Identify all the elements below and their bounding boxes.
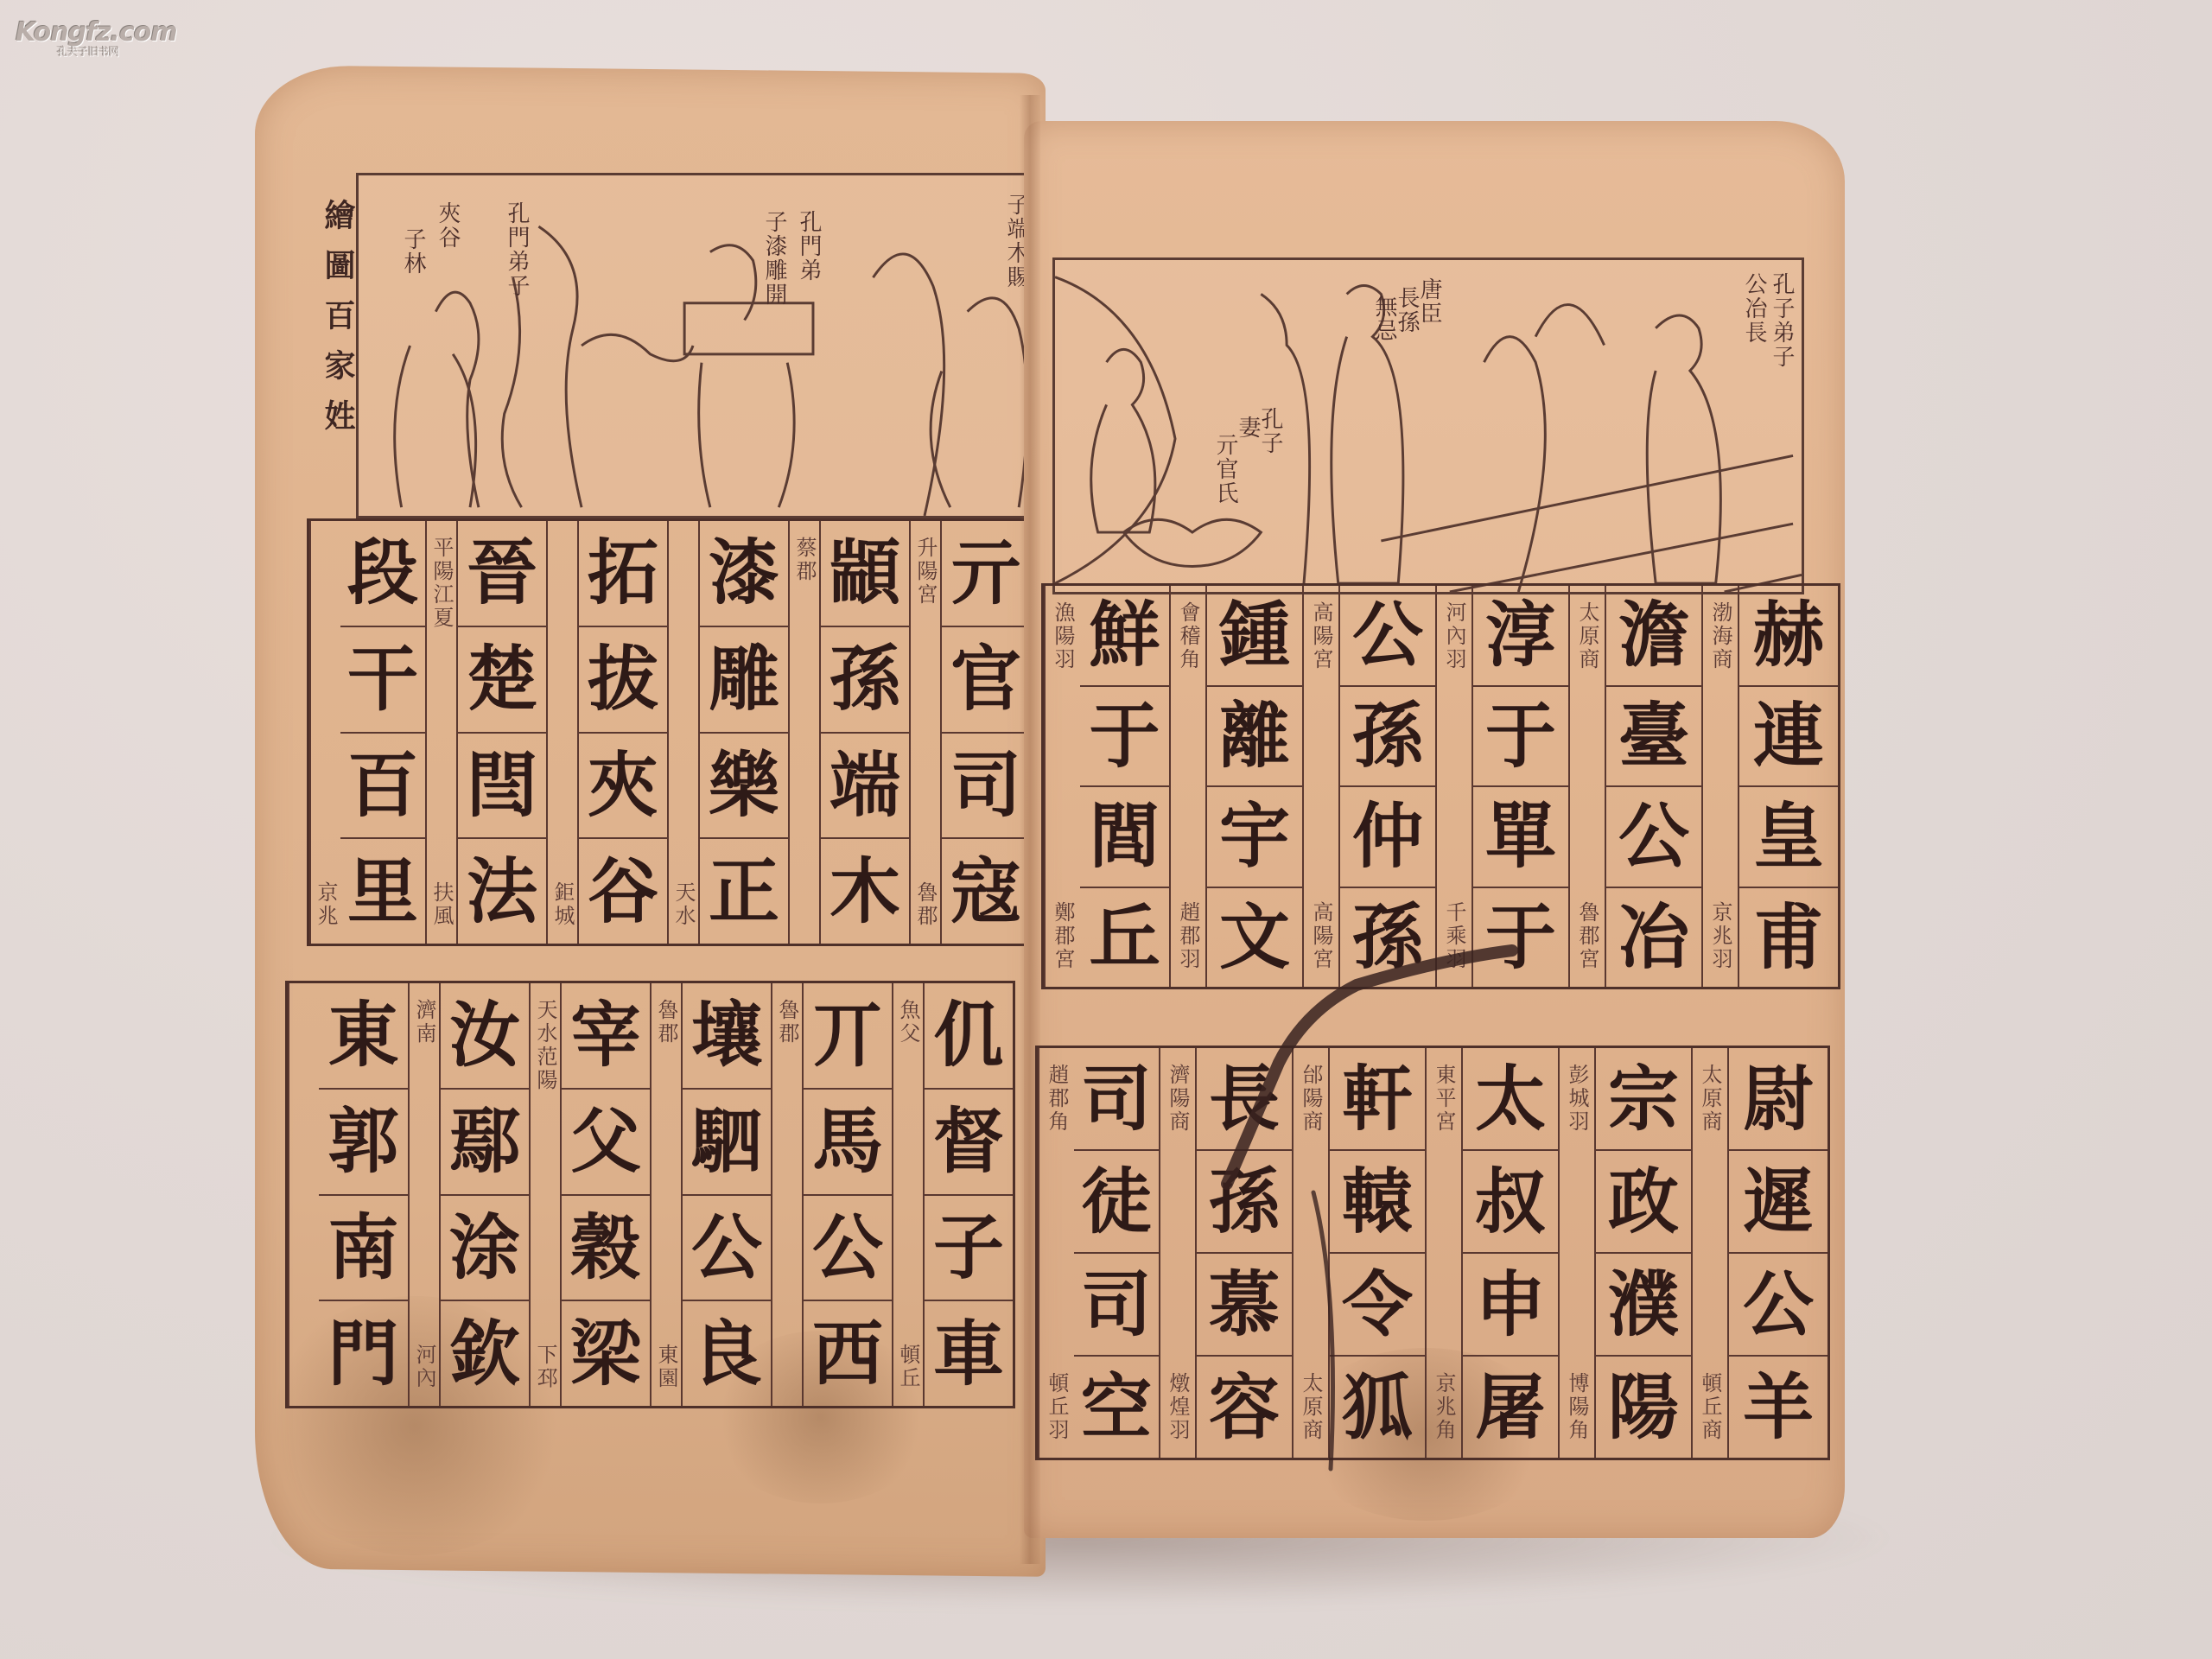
- origin-annotation: 頓丘羽: [1046, 1372, 1067, 1442]
- surname-char: 里: [340, 839, 425, 944]
- surname-column: 軒 轅 令 狐 邰陽商 太原商: [1292, 1048, 1425, 1458]
- surname-char: 漆: [700, 521, 788, 627]
- illustration-caption: 長孫: [1395, 286, 1418, 334]
- origin-annotation: 頓丘: [898, 1344, 918, 1390]
- origin-annotation: 太原商: [1700, 1064, 1720, 1134]
- surname-column: 丌 馬 公 西 魯郡: [771, 983, 892, 1406]
- surname-char: 父: [562, 1090, 650, 1196]
- surname-char: 公: [1606, 787, 1701, 888]
- surname-char: 長: [1197, 1048, 1292, 1151]
- surname-char: 宰: [562, 983, 650, 1090]
- surname-column: 太 叔 申 屠 東平宮 京兆角: [1425, 1048, 1558, 1458]
- origin-annotation: 魯郡: [915, 881, 936, 928]
- right-illustration: 孔子弟子 公冶長 唐臣 長孫 無忌 孔子 妻 亓官氏: [1052, 257, 1804, 594]
- surname-column: 尉 遲 公 羊 太原商 頓丘商: [1691, 1048, 1827, 1458]
- illustration-caption: 夾谷: [436, 201, 459, 250]
- surname-column: 赫 連 皇 甫 渤海商 京兆羽: [1701, 586, 1838, 987]
- surname-char: 遲: [1729, 1151, 1827, 1254]
- origin-annotation: 博陽角: [1567, 1372, 1587, 1442]
- surname-char: 鮮: [1080, 586, 1169, 687]
- origin-annotation: 漁陽羽: [1052, 601, 1073, 671]
- origin-annotation: 扶風: [431, 881, 452, 928]
- surname-char: 南: [319, 1196, 408, 1302]
- surname-char: 公: [1729, 1254, 1827, 1357]
- origin-annotation: 天水: [673, 881, 694, 928]
- surname-grid-left-bottom: 仉 督 子 車 魚父 頓丘 丌 馬 公 西 魯郡 壤 駟 公 良 魯郡: [285, 981, 1015, 1408]
- surname-char: 申: [1463, 1254, 1558, 1357]
- surname-char: 單: [1473, 787, 1568, 888]
- illustration-caption: 子林: [402, 227, 424, 276]
- surname-char: 臺: [1606, 687, 1701, 788]
- origin-annotation: 魯郡: [777, 999, 798, 1046]
- surname-char: 慕: [1197, 1254, 1292, 1357]
- origin-annotation: 高陽宮: [1311, 901, 1332, 971]
- surname-char: 令: [1330, 1254, 1425, 1357]
- origin-annotation: 京兆: [315, 881, 336, 928]
- surname-char: 駟: [683, 1090, 771, 1196]
- origin-annotation: 鄭郡宮: [1052, 901, 1073, 971]
- surname-char: 空: [1074, 1357, 1159, 1458]
- surname-column: 淳 于 單 于 河內羽 千乘羽: [1435, 586, 1568, 987]
- surname-char: 孫: [821, 627, 909, 734]
- surname-char: 孫: [1340, 687, 1435, 788]
- origin-annotation: 鉅城: [552, 881, 573, 928]
- surname-grid-left-top: 亓 官 司 寇 升陽宮 魯郡 顓 孫 端 木 蔡郡 漆 雕 樂 正: [307, 518, 1033, 946]
- surname-char: 門: [319, 1301, 408, 1406]
- surname-char: 段: [340, 521, 425, 627]
- surname-column: 仉 督 子 車 魚父 頓丘: [892, 983, 1013, 1406]
- origin-annotation: 高陽宮: [1311, 601, 1332, 671]
- origin-annotation: 燉煌羽: [1167, 1372, 1188, 1442]
- surname-char: 孫: [1197, 1151, 1292, 1254]
- origin-annotation: 太原商: [1300, 1372, 1321, 1442]
- surname-column: 拓 拔 夾 谷 鉅城: [546, 521, 667, 944]
- surname-char: 司: [1074, 1048, 1159, 1151]
- book-title-strip: 繪圖百家姓: [316, 199, 360, 518]
- illustration-caption: 妻: [1236, 416, 1259, 440]
- surname-char: 鄢: [441, 1090, 529, 1196]
- surname-grid-right-bottom: 尉 遲 公 羊 太原商 頓丘商 宗 政 濮 陽 彭城羽 博陽角 太 叔 申 屠 …: [1035, 1046, 1830, 1460]
- surname-column: 晉 楚 閆 法 平陽江夏 扶風: [425, 521, 546, 944]
- surname-column: 宗 政 濮 陽 彭城羽 博陽角: [1558, 1048, 1691, 1458]
- origin-annotation: 太原商: [1577, 601, 1598, 671]
- surname-char: 皇: [1739, 787, 1838, 888]
- origin-annotation: 千乘羽: [1444, 901, 1465, 971]
- surname-char: 公: [683, 1196, 771, 1302]
- left-illustration: 子端木賜 孔門弟 子漆雕開 孔門弟子 夾谷 子林: [356, 173, 1039, 518]
- surname-column: 壤 駟 公 良 魯郡 東園: [650, 983, 771, 1406]
- surname-char: 晉: [458, 521, 546, 627]
- surname-char: 寇: [942, 839, 1030, 944]
- surname-char: 雕: [700, 627, 788, 734]
- surname-char: 連: [1739, 687, 1838, 788]
- surname-column: 澹 臺 公 冶 太原商 魯郡宮: [1568, 586, 1701, 987]
- origin-annotation: 平陽江夏: [431, 537, 452, 630]
- origin-annotation: 京兆羽: [1710, 901, 1731, 971]
- origin-annotation: 天水范陽: [535, 999, 556, 1092]
- surname-char: 淳: [1473, 586, 1568, 687]
- surname-char: 冶: [1606, 888, 1701, 988]
- surname-char: 澹: [1606, 586, 1701, 687]
- surname-char: 宗: [1596, 1048, 1691, 1151]
- surname-column: 宰 父 穀 梁 天水范陽 下邳: [529, 983, 650, 1406]
- surname-column: 司 徒 司 空 趙郡角 頓丘羽: [1038, 1048, 1159, 1458]
- surname-char: 官: [942, 627, 1030, 734]
- surname-column: 段 干 百 里 京兆: [309, 521, 425, 944]
- surname-char: 于: [1473, 687, 1568, 788]
- surname-char: 東: [319, 983, 408, 1090]
- illustration-caption: 子漆雕開: [763, 210, 785, 307]
- surname-char: 拓: [579, 521, 667, 627]
- surname-char: 壤: [683, 983, 771, 1090]
- surname-char: 法: [458, 839, 546, 944]
- origin-annotation: 濟南: [414, 999, 435, 1046]
- surname-grid-right-top: 赫 連 皇 甫 渤海商 京兆羽 澹 臺 公 冶 太原商 魯郡宮 淳 于 單 于 …: [1041, 583, 1840, 989]
- surname-char: 欽: [441, 1301, 529, 1406]
- surname-column: 長 孫 慕 容 濟陽商 燉煌羽: [1159, 1048, 1292, 1458]
- origin-annotation: 魯郡: [656, 999, 677, 1046]
- surname-char: 梁: [562, 1301, 650, 1406]
- surname-column: 公 孫 仲 孫 高陽宮 高陽宮: [1302, 586, 1435, 987]
- surname-column: 東 郭 南 門: [288, 983, 408, 1406]
- origin-annotation: 濟陽商: [1167, 1064, 1188, 1134]
- surname-char: 于: [1473, 888, 1568, 988]
- surname-char: 正: [700, 839, 788, 944]
- origin-annotation: 蔡郡: [794, 537, 815, 583]
- surname-char: 端: [821, 734, 909, 840]
- surname-column: 顓 孫 端 木 蔡郡: [788, 521, 909, 944]
- illustration-caption: 亓官氏: [1214, 433, 1236, 505]
- origin-annotation: 河內羽: [1444, 601, 1465, 671]
- surname-column: 亓 官 司 寇 升陽宮 魯郡: [909, 521, 1030, 944]
- surname-char: 顓: [821, 521, 909, 627]
- surname-char: 鍾: [1207, 586, 1302, 687]
- surname-char: 車: [925, 1301, 1013, 1406]
- surname-char: 夾: [579, 734, 667, 840]
- surname-char: 赫: [1739, 586, 1838, 687]
- surname-char: 閆: [458, 734, 546, 840]
- surname-char: 徒: [1074, 1151, 1159, 1254]
- surname-char: 容: [1197, 1357, 1292, 1458]
- origin-annotation: 邰陽商: [1300, 1064, 1321, 1134]
- surname-char: 司: [942, 734, 1030, 840]
- origin-annotation: 頓丘商: [1700, 1372, 1720, 1442]
- surname-char: 狐: [1330, 1357, 1425, 1458]
- surname-char: 太: [1463, 1048, 1558, 1151]
- surname-char: 子: [925, 1196, 1013, 1302]
- illustration-caption: 無忌: [1373, 295, 1395, 343]
- surname-char: 穀: [562, 1196, 650, 1302]
- surname-char: 汝: [441, 983, 529, 1090]
- watermark-logo: Kongfz.com: [16, 17, 154, 48]
- surname-char: 楚: [458, 627, 546, 734]
- illustration-caption: 公冶長: [1743, 272, 1765, 345]
- origin-annotation: 趙郡角: [1046, 1064, 1067, 1134]
- surname-char: 馬: [804, 1090, 892, 1196]
- illustration-caption: 孔子弟子: [1770, 272, 1793, 369]
- surname-char: 軒: [1330, 1048, 1425, 1151]
- origin-annotation: 東園: [656, 1344, 677, 1390]
- illustration-caption: 孔門弟子: [505, 201, 528, 298]
- surname-char: 丌: [804, 983, 892, 1090]
- surname-char: 涂: [441, 1196, 529, 1302]
- surname-column: 漆 雕 樂 正 天水: [667, 521, 788, 944]
- illustration-caption: 孔門弟: [798, 210, 820, 283]
- surname-char: 谷: [579, 839, 667, 944]
- origin-annotation: 升陽宮: [915, 537, 936, 607]
- origin-annotation: 魯郡宮: [1577, 901, 1598, 971]
- surname-char: 干: [340, 627, 425, 734]
- surname-char: 離: [1207, 687, 1302, 788]
- surname-char: 西: [804, 1301, 892, 1406]
- origin-annotation: 東平宮: [1433, 1064, 1454, 1134]
- surname-char: 政: [1596, 1151, 1691, 1254]
- surname-char: 羊: [1729, 1357, 1827, 1458]
- watermark: Kongfz.com 孔夫子旧书网: [16, 17, 154, 69]
- surname-char: 公: [1340, 586, 1435, 687]
- surname-char: 公: [804, 1196, 892, 1302]
- surname-char: 亓: [942, 521, 1030, 627]
- surname-char: 孫: [1340, 888, 1435, 988]
- surname-char: 司: [1074, 1254, 1159, 1357]
- surname-char: 仲: [1340, 787, 1435, 888]
- surname-char: 拔: [579, 627, 667, 734]
- surname-char: 木: [821, 839, 909, 944]
- origin-annotation: 彭城羽: [1567, 1064, 1587, 1134]
- illustration-caption: 孔子: [1259, 407, 1281, 455]
- surname-char: 樂: [700, 734, 788, 840]
- surname-column: 汝 鄢 涂 欽 濟南 河內: [408, 983, 529, 1406]
- origin-annotation: 京兆角: [1433, 1372, 1454, 1442]
- surname-char: 尉: [1729, 1048, 1827, 1151]
- origin-annotation: 魚父: [898, 999, 918, 1046]
- illustration-caption: 唐臣: [1418, 277, 1440, 326]
- surname-char: 良: [683, 1301, 771, 1406]
- origin-annotation: 趙郡羽: [1178, 901, 1198, 971]
- surname-char: 于: [1080, 687, 1169, 788]
- surname-char: 郭: [319, 1090, 408, 1196]
- surname-char: 叔: [1463, 1151, 1558, 1254]
- surname-char: 甫: [1739, 888, 1838, 988]
- surname-column: 鍾 離 宇 文 會稽角 趙郡羽: [1169, 586, 1302, 987]
- surname-char: 百: [340, 734, 425, 840]
- surname-char: 屠: [1463, 1357, 1558, 1458]
- surname-column: 鮮 于 閭 丘 漁陽羽 鄭郡宮: [1044, 586, 1169, 987]
- origin-annotation: 河內: [414, 1344, 435, 1390]
- surname-char: 閭: [1080, 787, 1169, 888]
- surname-char: 陽: [1596, 1357, 1691, 1458]
- origin-annotation: 下邳: [535, 1344, 556, 1390]
- surname-char: 督: [925, 1090, 1013, 1196]
- surname-char: 丘: [1080, 888, 1169, 988]
- surname-char: 轅: [1330, 1151, 1425, 1254]
- origin-annotation: 會稽角: [1178, 601, 1198, 671]
- surname-char: 濮: [1596, 1254, 1691, 1357]
- surname-char: 文: [1207, 888, 1302, 988]
- surname-char: 宇: [1207, 787, 1302, 888]
- surname-char: 仉: [925, 983, 1013, 1090]
- origin-annotation: 渤海商: [1710, 601, 1731, 671]
